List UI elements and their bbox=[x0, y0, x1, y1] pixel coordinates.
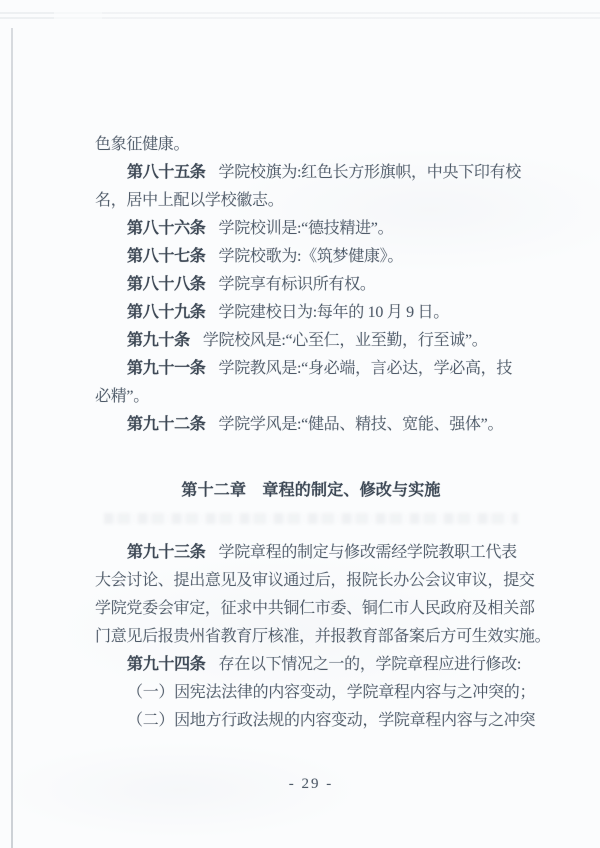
article-number: 第八十六条 bbox=[127, 220, 206, 237]
document-line: 色象征健康。 bbox=[95, 131, 527, 159]
line-text: （二）因地方行政法规的内容变动，学院章程内容与之冲突 bbox=[127, 712, 535, 729]
line-text: 学院校歌为:《筑梦健康》。 bbox=[219, 248, 404, 265]
article-number: 第八十五条 bbox=[127, 164, 206, 181]
document-line: 学院党委会审定，征求中共铜仁市委、铜仁市人民政府及相关部 bbox=[95, 595, 527, 623]
document-line: 第九十一条学院教风是:“身必端，言必达，学必高，技 bbox=[95, 355, 527, 383]
line-text: 学院党委会审定，征求中共铜仁市委、铜仁市人民政府及相关部 bbox=[95, 600, 535, 617]
line-text: 学院校风是:“心至仁，业至勤，行至诚”。 bbox=[203, 332, 488, 349]
section-articles-top: 色象征健康。第八十五条学院校旗为:红色长方形旗帜，中央下印有校名，居中上配以学校… bbox=[95, 131, 527, 439]
document-line: 第九十三条学院章程的制定与修改需经学院教职工代表 bbox=[95, 539, 527, 567]
line-text: 存在以下情况之一的，学院章程应进行修改: bbox=[219, 656, 521, 673]
article-number: 第九十四条 bbox=[127, 656, 206, 673]
document-line: 第八十七条学院校歌为:《筑梦健康》。 bbox=[95, 243, 527, 271]
line-text: （一）因宪法法律的内容变动，学院章程内容与之冲突的； bbox=[127, 684, 535, 701]
document-line: 第八十九条学院建校日为:每年的 10 月 9 日。 bbox=[95, 299, 527, 327]
document-line: 第九十四条存在以下情况之一的，学院章程应进行修改: bbox=[95, 651, 527, 679]
document-line: 第八十八条学院享有标识所有权。 bbox=[95, 271, 527, 299]
article-number: 第九十三条 bbox=[127, 544, 206, 561]
document-line: （一）因宪法法律的内容变动，学院章程内容与之冲突的； bbox=[95, 679, 527, 707]
document-line: 名，居中上配以学校徽志。 bbox=[95, 187, 527, 215]
line-text: 名，居中上配以学校徽志。 bbox=[95, 192, 283, 209]
line-text: 学院校训是:“德技精进”。 bbox=[219, 220, 394, 237]
document-body: 色象征健康。第八十五条学院校旗为:红色长方形旗帜，中央下印有校名，居中上配以学校… bbox=[95, 131, 527, 735]
article-number: 第九十一条 bbox=[127, 360, 206, 377]
line-text: 门意见后报贵州省教育厅核准，并报教育部备案后方可生效实施。 bbox=[95, 628, 550, 645]
line-text: 大会讨论、提出意见及审议通过后，报院长办公会议审议，提交 bbox=[95, 572, 535, 589]
document-line: 第九十条学院校风是:“心至仁，业至勤，行至诚”。 bbox=[95, 327, 527, 355]
document-line: 第八十五条学院校旗为:红色长方形旗帜，中央下印有校 bbox=[95, 159, 527, 187]
chapter-heading: 第十二章 章程的制定、修改与实施 bbox=[95, 477, 527, 505]
article-number: 第九十二条 bbox=[127, 416, 206, 433]
line-text: 学院章程的制定与修改需经学院教职工代表 bbox=[219, 544, 517, 561]
document-line: 第八十六条学院校训是:“德技精进”。 bbox=[95, 215, 527, 243]
scan-edge-left bbox=[11, 28, 13, 848]
article-number: 第八十九条 bbox=[127, 304, 206, 321]
page-number: - 29 - bbox=[95, 770, 527, 798]
line-text: 学院享有标识所有权。 bbox=[219, 276, 376, 293]
document-line: （二）因地方行政法规的内容变动，学院章程内容与之冲突 bbox=[95, 707, 527, 735]
document-page: 色象征健康。第八十五条学院校旗为:红色长方形旗帜，中央下印有校名，居中上配以学校… bbox=[0, 0, 600, 848]
document-line: 门意见后报贵州省教育厅核准，并报教育部备案后方可生效实施。 bbox=[95, 623, 527, 651]
line-text: 必精”。 bbox=[95, 388, 149, 405]
section-articles-bottom: 第九十三条学院章程的制定与修改需经学院教职工代表大会讨论、提出意见及审议通过后，… bbox=[95, 539, 527, 735]
line-text: 学院校旗为:红色长方形旗帜，中央下印有校 bbox=[219, 164, 521, 181]
scan-edge-top bbox=[0, 12, 600, 22]
document-line: 第九十二条学院学风是:“健品、精技、宽能、强体”。 bbox=[95, 411, 527, 439]
line-text: 学院建校日为:每年的 10 月 9 日。 bbox=[219, 304, 449, 321]
line-text: 学院教风是:“身必端，言必达，学必高，技 bbox=[219, 360, 513, 377]
article-number: 第八十八条 bbox=[127, 276, 206, 293]
line-text: 色象征健康。 bbox=[95, 136, 189, 153]
article-number: 第九十条 bbox=[127, 332, 190, 349]
document-line: 大会讨论、提出意见及审议通过后，报院长办公会议审议，提交 bbox=[95, 567, 527, 595]
article-number: 第八十七条 bbox=[127, 248, 206, 265]
line-text: 学院学风是:“健品、精技、宽能、强体”。 bbox=[219, 416, 504, 433]
document-line: 必精”。 bbox=[95, 383, 527, 411]
